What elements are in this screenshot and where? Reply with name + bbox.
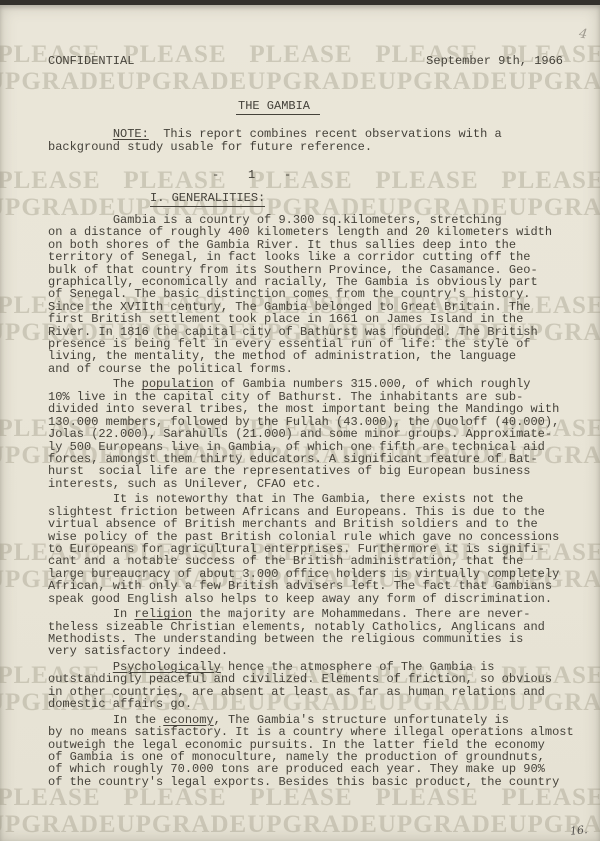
paragraph-religion: In religion the majority are Mohammedans… (48, 608, 588, 658)
watermark-text: PLEASE (0, 167, 112, 195)
paragraph-population: The population of Gambia numbers 315.000… (48, 378, 588, 490)
paragraph-race-relations: It is noteworthy that in The Gambia, the… (48, 493, 588, 605)
page-number-separator: - 1 - (212, 168, 291, 182)
watermark-text: UPGRADE (0, 68, 117, 96)
handwritten-page-number: 16. (569, 823, 588, 838)
watermark-text: PLEASE (364, 167, 490, 195)
document-body: Gambia is a country of 9.300 sq.kilomete… (48, 214, 588, 788)
page-title: THE GAMBIA (236, 99, 320, 115)
paragraph-economy: In the economy, The Gambia's structure u… (48, 714, 588, 788)
watermark-text: UPGRADE (117, 68, 248, 96)
scanned-document-page: PLEASEPLEASEPLEASEPLEASEPLEASEUPGRADEUPG… (0, 0, 600, 841)
watermark-text: UPGRADE (508, 68, 600, 96)
watermark-row: UPGRADEUPGRADEUPGRADEUPGRADEUPGRADE (0, 811, 600, 839)
watermark-row: UPGRADEUPGRADEUPGRADEUPGRADEUPGRADE (0, 68, 600, 96)
watermark-row: PLEASEPLEASEPLEASEPLEASEPLEASE (0, 167, 600, 195)
section-heading: I. GENERALITIES: (150, 191, 265, 207)
paragraph-psychology: Psychologically hence the atmosphere of … (48, 661, 588, 711)
handwritten-mark-top-right: 4 (578, 26, 588, 42)
document-header: CONFIDENTIAL September 9th, 1966 (48, 54, 563, 68)
date-label: September 9th, 1966 (426, 54, 563, 68)
watermark-text: UPGRADE (117, 811, 248, 839)
watermark-text: UPGRADE (378, 811, 509, 839)
watermark-text: UPGRADE (378, 68, 509, 96)
watermark-text: UPGRADE (0, 811, 117, 839)
note-text: NOTE: This report combines recent observ… (48, 128, 588, 153)
classification-label: CONFIDENTIAL (48, 54, 134, 68)
paragraph-geography: Gambia is a country of 9.300 sq.kilomete… (48, 214, 588, 375)
watermark-text: UPGRADE (247, 68, 378, 96)
watermark-text: UPGRADE (247, 811, 378, 839)
watermark-text: PLEASE (490, 167, 600, 195)
